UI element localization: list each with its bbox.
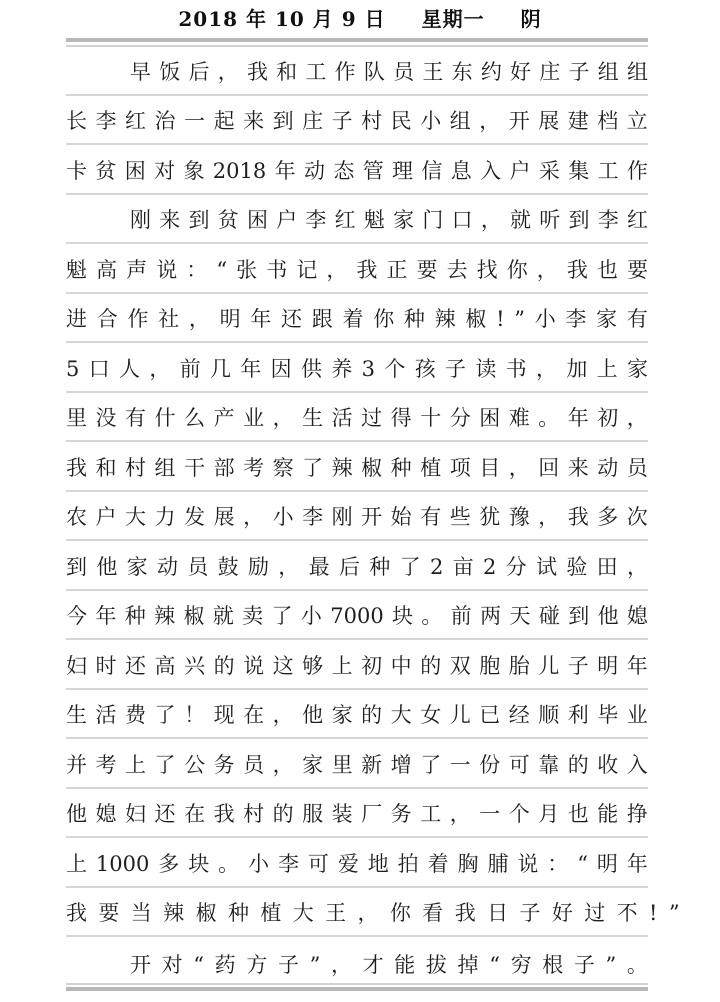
diary-line-text: 他媳妇还在我村的服装厂务工，一个月也能挣 xyxy=(66,800,648,828)
diary-line: 我和村组干部考察了辣椒种植项目，回来动员 xyxy=(66,442,648,492)
diary-line: 到他家动员鼓励，最后种了2亩2分试验田， xyxy=(66,541,648,591)
diary-line-text: 5口人，前几年因供养3个孩子读书，加上家 xyxy=(66,355,648,383)
diary-line: 并考上了公务员，家里新增了一份可靠的收入 xyxy=(66,739,648,789)
diary-line-text: 开对“药方子”，才能拔掉“穷根子”。 xyxy=(130,951,648,979)
diary-line-text: 卡贫困对象2018年动态管理信息入户采集工作 xyxy=(66,157,648,185)
diary-line: 刚来到贫困户李红魁家门口，就听到李红 xyxy=(66,195,648,245)
diary-line-text: 早饭后，我和工作队员王东约好庄子组组 xyxy=(130,58,648,86)
diary-line: 妇时还高兴的说这够上初中的双胞胎儿子明年 xyxy=(66,640,648,690)
diary-line-text: 并考上了公务员，家里新增了一份可靠的收入 xyxy=(66,751,648,779)
diary-line-text: 里没有什么产业，生活过得十分困难。年初， xyxy=(66,404,648,432)
diary-weekday: 星期一 xyxy=(422,7,485,31)
diary-line: 生活费了！现在，他家的大女儿已经顺利毕业 xyxy=(66,690,648,740)
diary-body: 早饭后，我和工作队员王东约好庄子组组长李红治一起来到庄子村民小组，开展建档立卡贫… xyxy=(66,46,648,987)
diary-weather: 阴 xyxy=(521,7,542,31)
footer-rule-thin xyxy=(66,983,648,985)
diary-header: 2018 年 10 月 9 日星期一阴 xyxy=(0,4,720,34)
diary-line: 进合作社，明年还跟着你种辣椒!”小李家有 xyxy=(66,294,648,344)
diary-line-text: 长李红治一起来到庄子村民小组，开展建档立 xyxy=(66,107,648,135)
diary-line-text: 上1000多块。小李可爱地拍着胸脯说：“明年 xyxy=(66,850,648,878)
footer-rule-thick xyxy=(66,987,648,991)
diary-line-text: 农户大力发展，小李刚开始有些犹豫，我多次 xyxy=(66,503,648,531)
diary-line: 开对“药方子”，才能拔掉“穷根子”。 xyxy=(66,937,648,987)
diary-line-text: 我和村组干部考察了辣椒种植项目，回来动员 xyxy=(66,454,648,482)
diary-line: 他媳妇还在我村的服装厂务工，一个月也能挣 xyxy=(66,789,648,839)
diary-line: 上1000多块。小李可爱地拍着胸脯说：“明年 xyxy=(66,838,648,888)
diary-line-text: 生活费了！现在，他家的大女儿已经顺利毕业 xyxy=(66,701,648,729)
diary-line-text: 我要当辣椒种植大王，你看我日子好过不!” xyxy=(66,899,648,927)
diary-line-text: 刚来到贫困户李红魁家门口，就听到李红 xyxy=(130,206,648,234)
diary-line: 我要当辣椒种植大王，你看我日子好过不!” xyxy=(66,888,648,938)
diary-line: 里没有什么产业，生活过得十分困难。年初， xyxy=(66,393,648,443)
diary-line: 卡贫困对象2018年动态管理信息入户采集工作 xyxy=(66,145,648,195)
diary-line: 魁高声说：“张书记，我正要去找你，我也要 xyxy=(66,244,648,294)
diary-line-text: 到他家动员鼓励，最后种了2亩2分试验田， xyxy=(66,553,648,581)
header-rule-thick xyxy=(66,38,648,42)
diary-line-text: 进合作社，明年还跟着你种辣椒!”小李家有 xyxy=(66,305,648,333)
diary-line: 今年种辣椒就卖了小7000块。前两天碰到他媳 xyxy=(66,591,648,641)
diary-line: 长李红治一起来到庄子村民小组，开展建档立 xyxy=(66,96,648,146)
diary-line-text: 今年种辣椒就卖了小7000块。前两天碰到他媳 xyxy=(66,602,648,630)
diary-line: 5口人，前几年因供养3个孩子读书，加上家 xyxy=(66,343,648,393)
diary-line-text: 魁高声说：“张书记，我正要去找你，我也要 xyxy=(66,256,648,284)
diary-date: 2018 年 10 月 9 日 xyxy=(178,7,385,31)
diary-line: 早饭后，我和工作队员王东约好庄子组组 xyxy=(66,46,648,96)
diary-line: 农户大力发展，小李刚开始有些犹豫，我多次 xyxy=(66,492,648,542)
diary-line-text: 妇时还高兴的说这够上初中的双胞胎儿子明年 xyxy=(66,652,648,680)
diary-page: 2018 年 10 月 9 日星期一阴 早饭后，我和工作队员王东约好庄子组组长李… xyxy=(0,0,720,1002)
